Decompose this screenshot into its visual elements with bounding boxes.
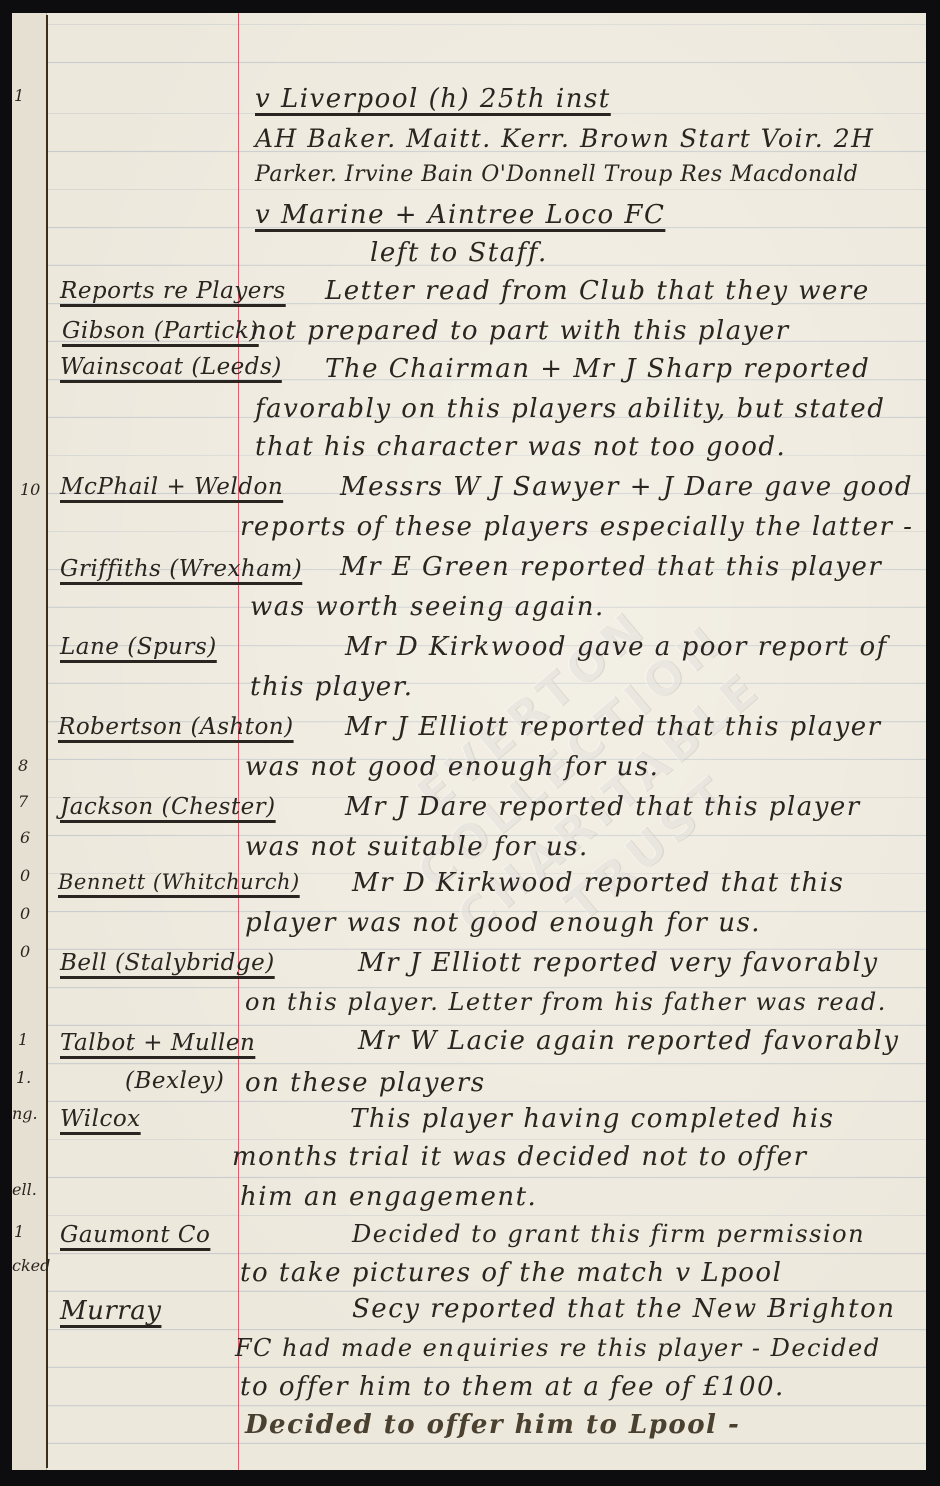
binding-fold	[46, 15, 48, 1468]
margin-player-name: Talbot + Mullen	[60, 1030, 255, 1056]
entry-line: Secy reported that the New Brighton	[352, 1294, 896, 1324]
margin-player-name: Jackson (Chester)	[60, 794, 276, 820]
entry-line: The Chairman + Mr J Sharp reported	[325, 354, 870, 384]
entry-line: Messrs W J Sawyer + J Dare gave good	[340, 472, 913, 502]
entry-line: Letter read from Club that they were	[325, 276, 870, 306]
entry-line: this player.	[250, 672, 414, 702]
prev-page-mark: 1	[18, 1030, 28, 1049]
prev-page-mark: ell.	[12, 1180, 37, 1199]
entry-line: months trial it was decided not to offer	[232, 1142, 808, 1172]
margin-player-name: Wainscoat (Leeds)	[60, 354, 282, 380]
entry-line: Mr W Lacie again reported favorably	[358, 1026, 899, 1056]
team-line-1: AH Baker. Maitt. Kerr. Brown Start Voir.…	[255, 124, 874, 153]
margin-player-name: Lane (Spurs)	[60, 634, 217, 660]
margin-player-name: Murray	[60, 1296, 161, 1326]
team-line-2: Parker. Irvine Bain O'Donnell Troup Res …	[255, 162, 858, 187]
margin-heading: Reports re Players	[60, 278, 286, 304]
entry-line: was not good enough for us.	[245, 752, 659, 782]
margin-player-name: Wilcox	[60, 1106, 141, 1132]
margin-player-name: McPhail + Weldon	[60, 474, 283, 500]
prev-page-mark: 0	[20, 904, 30, 923]
entry-line: reports of these players especially the …	[240, 512, 913, 542]
prev-page-mark: 10	[20, 480, 40, 499]
entry-line: Mr E Green reported that this player	[340, 552, 882, 582]
entry-line-added: Decided to offer him to Lpool -	[245, 1410, 740, 1440]
prev-page-mark: 0	[20, 866, 30, 885]
entry-line: that his character was not too good.	[255, 432, 786, 462]
prev-page-mark: 1	[14, 86, 24, 105]
entry-line: was worth seeing again.	[250, 592, 605, 622]
entry-line: Mr J Elliott reported very favorably	[358, 948, 879, 978]
margin-player-name: Robertson (Ashton)	[58, 714, 294, 740]
entry-line: FC had made enquiries re this player - D…	[235, 1334, 881, 1362]
entry-line: him an engagement.	[240, 1182, 537, 1212]
entry-line: to take pictures of the match v Lpool	[240, 1258, 782, 1288]
fixture-note: left to Staff.	[370, 238, 548, 268]
entry-line: not prepared to part with this player	[250, 316, 790, 346]
entry-line: on these players	[245, 1068, 486, 1098]
entry-line: Mr J Elliott reported that this player	[345, 712, 882, 742]
entry-line: on this player. Letter from his father w…	[245, 988, 887, 1016]
entry-line: Mr J Dare reported that this player	[345, 792, 861, 822]
previous-page-edge	[12, 13, 47, 1470]
fixture-heading: v Liverpool (h) 25th inst	[255, 84, 611, 114]
prev-page-mark: 6	[20, 828, 30, 847]
entry-line: was not suitable for us.	[245, 832, 589, 862]
prev-page-mark: 7	[18, 792, 28, 811]
red-margin-rule	[238, 13, 239, 1470]
entry-line: to offer him to them at a fee of £100.	[240, 1372, 785, 1402]
margin-club-name: (Bexley)	[125, 1068, 224, 1094]
entry-line: favorably on this players ability, but s…	[255, 394, 885, 424]
margin-player-name: Bennett (Whitchurch)	[58, 870, 300, 894]
margin-player-name: Gibson (Partick)	[62, 318, 259, 344]
entry-line: Decided to grant this firm permission	[352, 1220, 865, 1248]
prev-page-mark: 0	[20, 942, 30, 961]
prev-page-mark: 8	[18, 756, 28, 775]
entry-line: player was not good enough for us.	[245, 908, 761, 938]
prev-page-mark: cked	[12, 1256, 50, 1275]
entry-line: Mr D Kirkwood gave a poor report of	[345, 632, 888, 662]
prev-page-mark: 1.	[16, 1068, 31, 1087]
prev-page-mark: 1	[14, 1222, 24, 1241]
entry-line: This player having completed his	[350, 1104, 835, 1134]
prev-page-mark: ng.	[12, 1104, 38, 1123]
entry-line: Mr D Kirkwood reported that this	[352, 868, 844, 898]
margin-player-name: Bell (Stalybridge)	[60, 950, 275, 976]
fixture-heading-2: v Marine + Aintree Loco FC	[255, 200, 665, 230]
margin-company-name: Gaumont Co	[60, 1222, 210, 1248]
margin-player-name: Griffiths (Wrexham)	[60, 556, 302, 582]
